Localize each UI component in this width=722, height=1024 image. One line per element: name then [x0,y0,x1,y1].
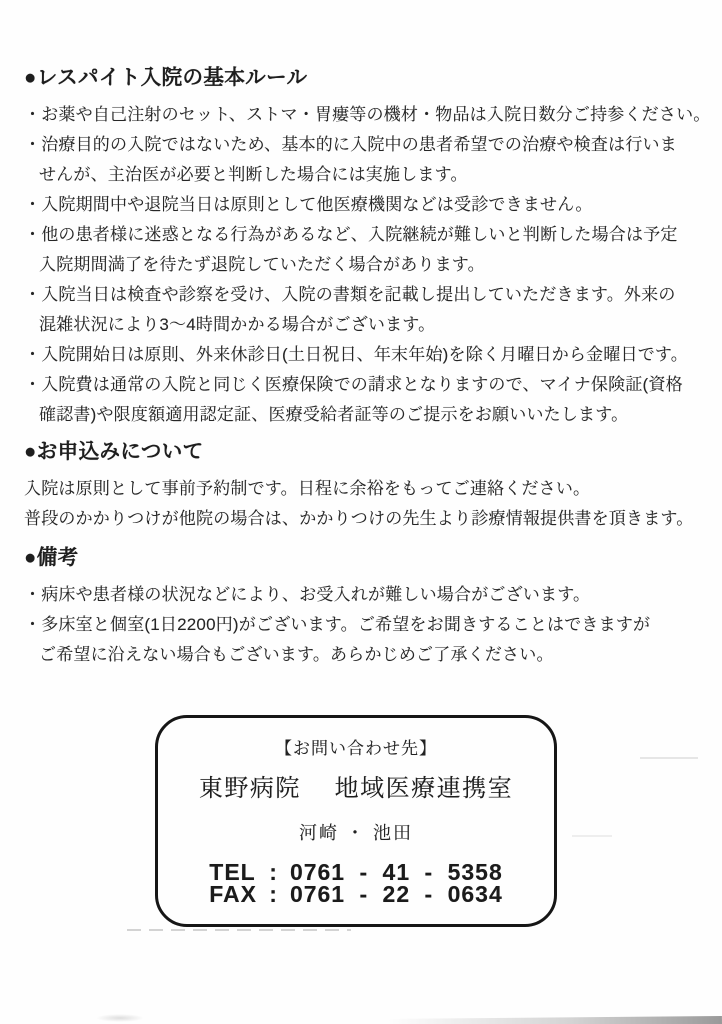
section-heading-basic-rules: ●レスパイト入院の基本ルール [24,64,720,92]
contact-staff-names: 河崎 ・ 池田 [158,821,554,845]
contact-organization: 東野病院 地域医療連携室 [158,774,554,804]
rule-line-continuation: 混雑状況により3～4時間かかる場合がございます。 [24,310,720,340]
rule-line: ・入院費は通常の入院と同じく医療保険での請求となりますので、マイナ保険証(資格 [24,370,720,400]
scanned-document-page: ●レスパイト入院の基本ルール ・お薬や自己注射のセット、ストマ・胃瘻等の機材・物… [0,0,722,1024]
remark-line-continuation: ご希望に沿えない場合もございます。あらかじめご了承ください。 [24,640,720,670]
contact-tel-line: TEL : 0761 - 41 - 5358 [158,861,554,883]
contact-phone-block: TEL : 0761 - 41 - 5358 FAX : 0761 - 22 -… [158,861,554,905]
rule-line: ・入院開始日は原則、外来休診日(土日祝日、年末年始)を除く月曜日から金曜日です。 [24,340,720,370]
scan-artifact-smudge [96,1014,144,1022]
fax-colon: : [269,883,278,905]
section-heading-application: ●お申込みについて [24,438,720,466]
rule-line: ・入院当日は検査や診察を受け、入院の書類を記載し提出していただきます。外来の [24,280,720,310]
rule-line: ・治療目的の入院ではないため、基本的に入院中の患者希望での治療や検査は行いま [24,130,720,160]
section-application: ●お申込みについて 入院は原則として事前予約制です。日程に余裕をもってご連絡くだ… [24,438,720,534]
section-remarks: ●備考 ・病床や患者様の状況などにより、お受入れが難しい場合がございます。 ・多… [24,544,720,670]
section-basic-rules: ●レスパイト入院の基本ルール ・お薬や自己注射のセット、ストマ・胃瘻等の機材・物… [24,64,720,430]
rule-line-continuation: 入院期間満了を待たず退院していただく場合があります。 [24,250,720,280]
fax-label: FAX [209,883,265,905]
contact-fax-line: FAX : 0761 - 22 - 0634 [158,883,554,905]
contact-box-title: 【お問い合わせ先】 [158,738,554,760]
document-content: ●レスパイト入院の基本ルール ・お薬や自己注射のセット、ストマ・胃瘻等の機材・物… [24,0,720,927]
rule-line: ・他の患者様に迷惑となる行為があるなど、入院継続が難しいと判断した場合は予定 [24,220,720,250]
rule-line-continuation: せんが、主治医が必要と判断した場合には実施します。 [24,160,720,190]
application-lines: 入院は原則として事前予約制です。日程に余裕をもってご連絡ください。 普段のかかり… [24,474,720,534]
scan-artifact-bottom-edge [387,1016,722,1024]
scan-artifact-streak [127,929,351,931]
tel-colon: : [269,861,278,883]
rule-line-continuation: 確認書)や限度額適用認定証、医療受給者証等のご提示をお願いいたします。 [24,400,720,430]
remarks-lines: ・病床や患者様の状況などにより、お受入れが難しい場合がございます。 ・多床室と個… [24,580,720,670]
rule-line: ・入院期間中や退院当日は原則として他医療機関などは受診できません。 [24,190,720,220]
basic-rules-lines: ・お薬や自己注射のセット、ストマ・胃瘻等の機材・物品は入院日数分ご持参ください。… [24,100,720,430]
fax-number: 0761 - 22 - 0634 [290,883,503,905]
contact-box: 【お問い合わせ先】 東野病院 地域医療連携室 河崎 ・ 池田 TEL : 076… [155,715,557,927]
remark-line: ・多床室と個室(1日2200円)がございます。ご希望をお聞きすることはできますが [24,610,720,640]
tel-number: 0761 - 41 - 5358 [290,861,503,883]
application-line: 入院は原則として事前予約制です。日程に余裕をもってご連絡ください。 [24,474,720,504]
rule-line: ・お薬や自己注射のセット、ストマ・胃瘻等の機材・物品は入院日数分ご持参ください。 [24,100,720,130]
section-heading-remarks: ●備考 [24,544,720,572]
application-line: 普段のかかりつけが他院の場合は、かかりつけの先生より診療情報提供書を頂きます。 [24,504,720,534]
tel-label: TEL [209,861,265,883]
remark-line: ・病床や患者様の状況などにより、お受入れが難しい場合がございます。 [24,580,720,610]
